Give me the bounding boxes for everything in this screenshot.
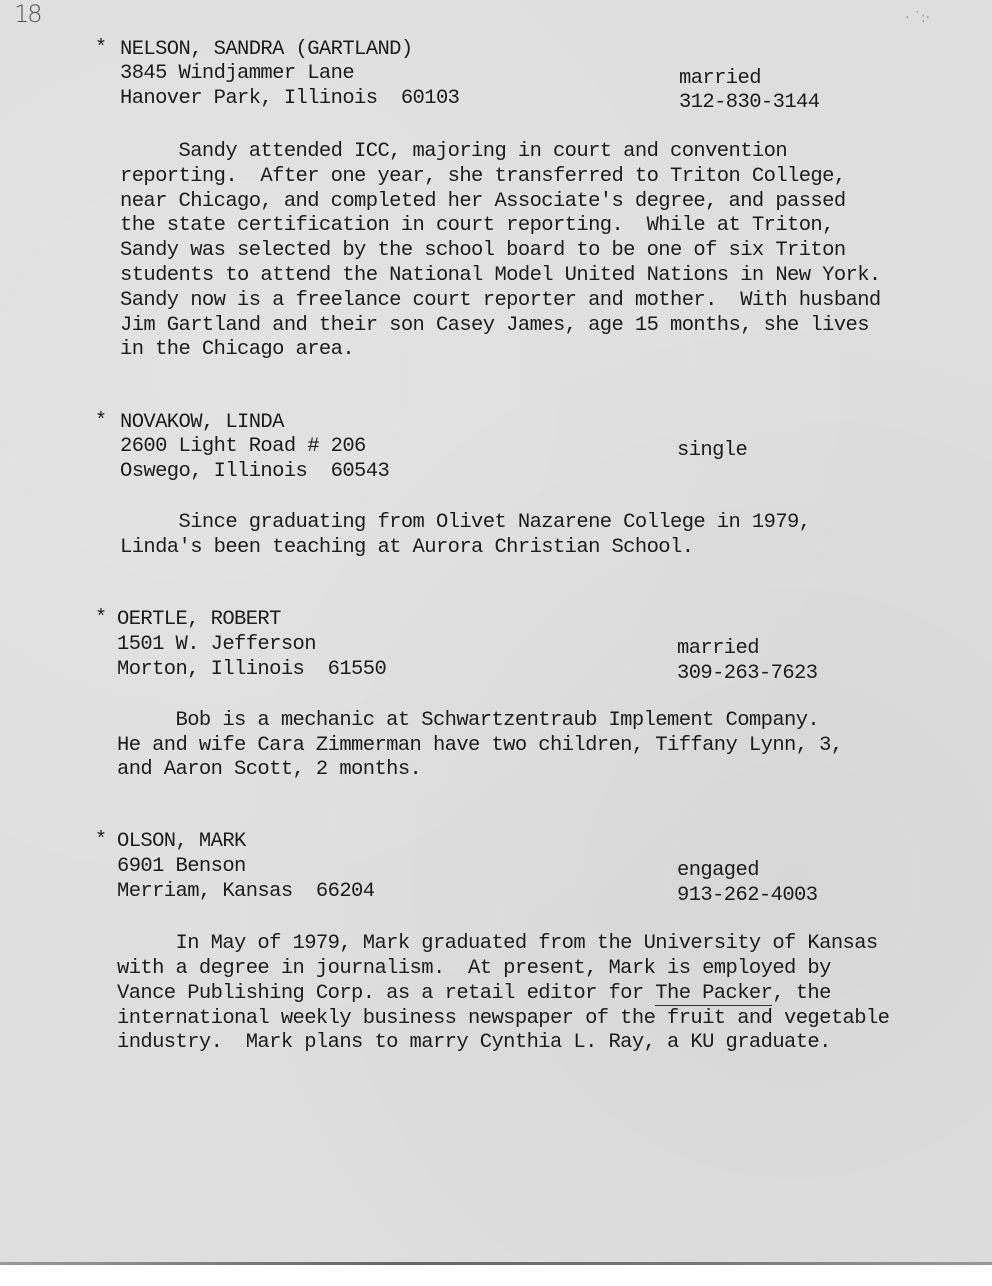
handwritten-page-number: 18: [14, 0, 41, 28]
bio-line: He and wife Cara Zimmerman have two chil…: [117, 734, 843, 758]
bio-line: Linda's been teaching at Aurora Christia…: [120, 536, 693, 560]
asterisk-marker: *: [95, 607, 107, 631]
address-line1: 2600 Light Road # 206: [120, 435, 366, 459]
bio-line: international weekly business newspaper …: [117, 1007, 889, 1031]
entry-name: OLSON, MARK: [117, 830, 246, 854]
address-line2: Hanover Park, Illinois 60103: [120, 87, 459, 111]
bio-line: reporting. After one year, she transferr…: [120, 165, 846, 189]
bio-line: Jim Gartland and their son Casey James, …: [120, 314, 869, 338]
address-line1: 3845 Windjammer Lane: [120, 62, 354, 86]
marital-status: married: [677, 637, 759, 661]
entry-name: NOVAKOW, LINDA: [120, 411, 284, 435]
phone-number: 309-263-7623: [677, 662, 817, 686]
address-line1: 6901 Benson: [117, 855, 246, 879]
bio-line: students to attend the National Model Un…: [120, 264, 881, 288]
bio-text: , the: [772, 982, 831, 1005]
entry-name: OERTLE, ROBERT: [117, 608, 281, 632]
address-line2: Morton, Illinois 61550: [117, 658, 386, 682]
bio-line: near Chicago, and completed her Associat…: [120, 190, 846, 214]
document-page: 18 · ˙:· * NELSON, SANDRA (GARTLAND) 384…: [0, 0, 992, 1262]
address-line2: Oswego, Illinois 60543: [120, 460, 389, 484]
asterisk-marker: *: [95, 37, 107, 61]
bio-line: in the Chicago area.: [120, 338, 354, 362]
bio-line: industry. Mark plans to marry Cynthia L.…: [117, 1031, 831, 1055]
bio-line: Sandy attended ICC, majoring in court an…: [120, 140, 787, 164]
phone-number: 913-262-4003: [677, 884, 817, 908]
bio-line: the state certification in court reporti…: [120, 214, 834, 238]
asterisk-marker: *: [95, 410, 107, 434]
marital-status: engaged: [677, 859, 759, 883]
publication-title: The Packer: [655, 982, 772, 1006]
entry-name: NELSON, SANDRA (GARTLAND): [120, 38, 413, 62]
bio-line: Sandy now is a freelance court reporter …: [120, 289, 881, 313]
bio-line: with a degree in journalism. At present,…: [117, 957, 831, 981]
asterisk-marker: *: [95, 829, 107, 853]
scanner-background: [0, 1265, 992, 1286]
bio-line: In May of 1979, Mark graduated from the …: [117, 932, 878, 956]
bio-line: Since graduating from Olivet Nazarene Co…: [120, 511, 810, 535]
marital-status: married: [679, 67, 761, 91]
phone-number: 312-830-3144: [679, 91, 819, 115]
bio-line: Bob is a mechanic at Schwartzentraub Imp…: [117, 709, 819, 733]
ink-smudge: · ˙:·: [905, 10, 975, 40]
bio-line: Sandy was selected by the school board t…: [120, 239, 846, 263]
bio-text: Vance Publishing Corp. as a retail edito…: [117, 982, 655, 1005]
address-line2: Merriam, Kansas 66204: [117, 880, 374, 904]
address-line1: 1501 W. Jefferson: [117, 633, 316, 657]
marital-status: single: [677, 439, 747, 463]
bio-line: and Aaron Scott, 2 months.: [117, 758, 421, 782]
bio-line: Vance Publishing Corp. as a retail edito…: [117, 982, 831, 1006]
